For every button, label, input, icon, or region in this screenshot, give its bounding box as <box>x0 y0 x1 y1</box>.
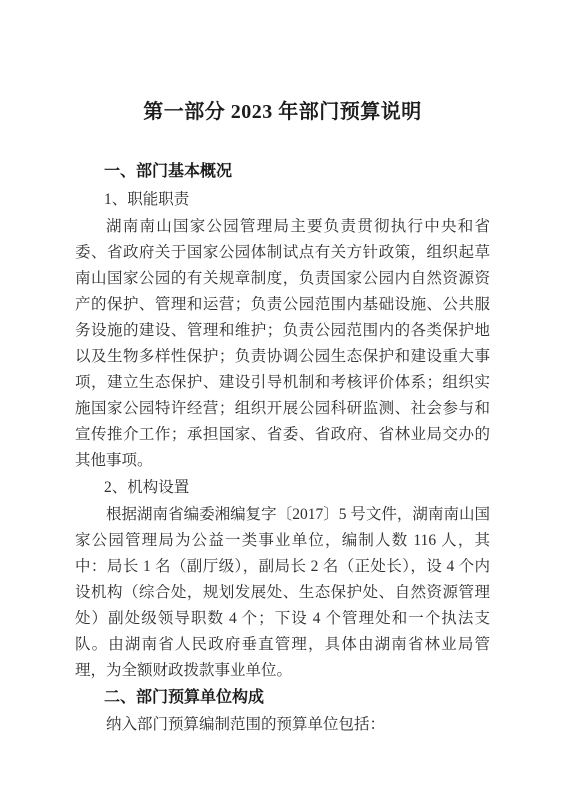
document-title: 第一部分 2023 年部门预算说明 <box>75 100 490 124</box>
document-page: 第一部分 2023 年部门预算说明 一、部门基本概况 1、职能职责 湖南南山国家… <box>0 0 566 800</box>
paragraph-organization-setup: 根据湖南省编委湘编复字〔2017〕5 号文件，湖南南山国家公园管理局为公益一类事… <box>75 502 490 684</box>
paragraph-functions-responsibilities: 湖南南山国家公园管理局主要负责贯彻执行中央和省委、省政府关于国家公园体制试点有关… <box>75 214 490 474</box>
section-heading-budget-unit-composition: 二、部门预算单位构成 <box>75 684 490 712</box>
subsection-heading-organization: 2、机构设置 <box>75 474 490 502</box>
subsection-heading-functions: 1、职能职责 <box>75 186 490 214</box>
section-heading-basic-overview: 一、部门基本概况 <box>75 158 490 186</box>
paragraph-budget-units-intro: 纳入部门预算编制范围的预算单位包括： <box>75 712 490 738</box>
